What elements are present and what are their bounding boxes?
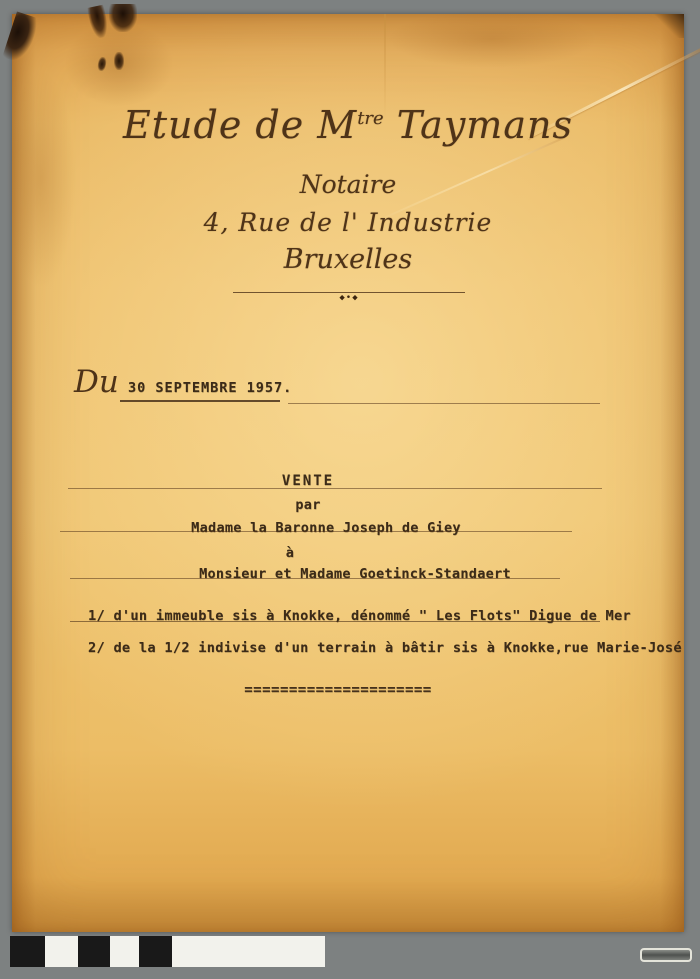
date-underline [120, 400, 280, 402]
deed-seller-name: Madame la Baronne Joseph de Giey [0, 520, 662, 536]
folded-corner [652, 14, 684, 38]
ink-stain-left-edge [2, 11, 40, 64]
ink-stain-top-drip [87, 5, 110, 40]
calibration-square-black [139, 936, 172, 967]
letterhead-office-name: Etude de Mtre Taymans [12, 106, 684, 144]
ruled-line [68, 488, 602, 489]
calibration-square-black [10, 936, 45, 967]
letterhead-street-address: 4, Rue de l' Industrie [12, 210, 684, 235]
divider-ornament-icon: ◆•◆ [339, 293, 358, 303]
ink-stain-droplet [97, 56, 107, 71]
office-name-superscript: tre [357, 108, 384, 129]
calibration-square-white [45, 936, 78, 967]
calibration-square-black [78, 936, 110, 967]
date-label: Du [74, 364, 119, 400]
ruled-line [60, 531, 572, 532]
office-name-rest: Taymans [384, 103, 573, 147]
scanned-document-page: Etude de Mtre Taymans Notaire 4, Rue de … [12, 14, 684, 932]
deed-item-2: 2/ de la 1/2 indivise d'un terrain à bât… [88, 640, 682, 656]
deed-to-label: à [0, 545, 626, 561]
paper-shadow-patch [387, 10, 597, 68]
ruled-line [70, 578, 560, 579]
ink-stain-droplet [114, 52, 124, 70]
letterhead-profession: Notaire [12, 172, 684, 197]
deed-buyer-name: Monsieur et Madame Goetinck-Standaert [19, 566, 691, 582]
ink-stain-halo [64, 22, 174, 107]
letterhead-city: Bruxelles [12, 246, 684, 273]
ruled-line-through-text [70, 621, 600, 622]
deed-by-label: par [0, 497, 644, 513]
office-name-prefix: Etude de M [123, 103, 357, 147]
ink-stain-top-blot [109, 4, 137, 32]
scale-marker [640, 948, 692, 962]
letterhead-divider: ◆•◆ [233, 286, 465, 298]
closing-marks: ===================== [2, 682, 674, 698]
date-value: 30 SEPTEMBRE 1957. [128, 380, 292, 396]
calibration-bar-white [172, 936, 325, 967]
calibration-square-white [110, 936, 139, 967]
deed-type-title: VENTE [0, 473, 644, 489]
ruled-line [288, 403, 600, 404]
